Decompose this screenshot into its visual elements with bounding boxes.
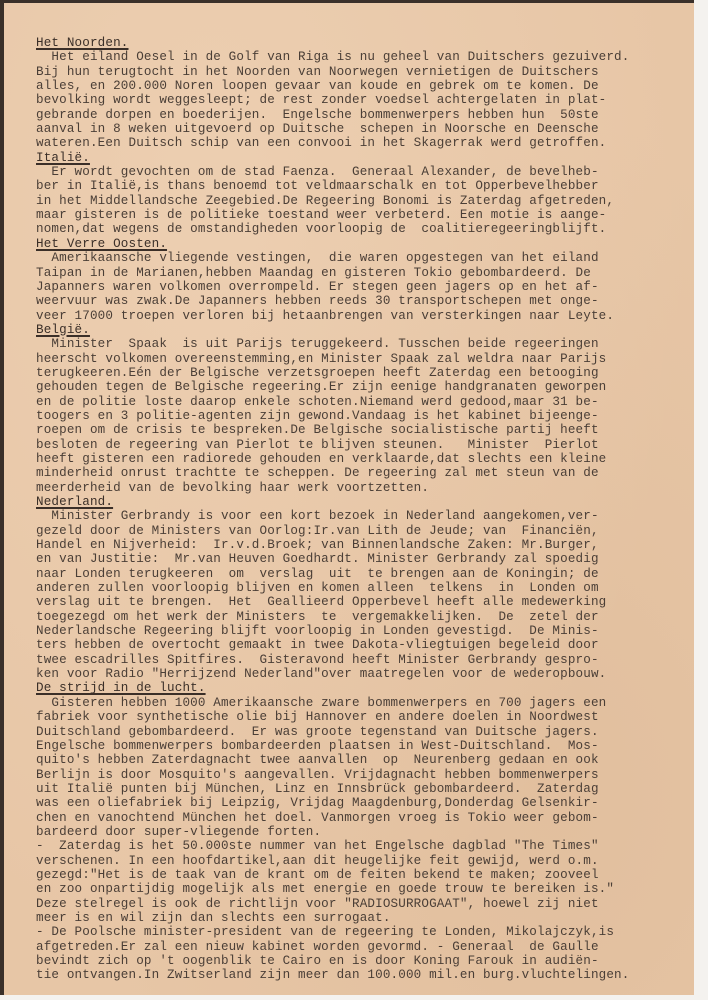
text-line: Gisteren hebben 1000 Amerikaansche zware… (36, 696, 676, 710)
document-body: Het Noorden. Het eiland Oesel in de Golf… (36, 36, 676, 983)
section-heading-text: Italië. (36, 151, 90, 165)
section-heading: Nederland. (36, 495, 676, 509)
section-heading: Het Verre Oosten. (36, 237, 676, 251)
text-line: meerderheid van de bevolking haar werk v… (36, 481, 676, 495)
text-line: quito's hebben Zaterdagnacht twee aanval… (36, 753, 676, 767)
text-line: bardeerd door super-vliegende forten. (36, 825, 676, 839)
text-line: twee escadrilles Spitfires. Gisteravond … (36, 653, 676, 667)
text-line: en van Justitie: Mr.van Heuven Goedhardt… (36, 552, 676, 566)
text-line: Het eiland Oesel in de Golf van Riga is … (36, 50, 676, 64)
text-line: wateren.Een Duitsch schip van een convoo… (36, 136, 676, 150)
section-heading-text: België. (36, 323, 90, 337)
section-heading: België. (36, 323, 676, 337)
text-line: Deze stelregel is ook de richtlijn voor … (36, 897, 676, 911)
text-line: minderheid onrust trachtte te scheppen. … (36, 466, 676, 480)
text-line: toegezegd om het werk der Ministers te v… (36, 610, 676, 624)
text-line: Amerikaansche vliegende vestingen, die w… (36, 251, 676, 265)
text-line: Japanners waren volkomen overrompeld. Er… (36, 280, 676, 294)
text-line: roepen om de crisis te bespreken.De Belg… (36, 423, 676, 437)
text-line: Berlijn is door Mosquito's aangevallen. … (36, 768, 676, 782)
news-section: België. Minister Spaak is uit Parijs ter… (36, 323, 676, 495)
section-heading: Italië. (36, 151, 676, 165)
text-line: toogers en 3 politie-agenten zijn gewond… (36, 409, 676, 423)
text-line: ters hebben de overtocht gemaakt in twee… (36, 638, 676, 652)
scan-margin-right (694, 0, 708, 1000)
text-line: gezeld door de Ministers van Oorlog:Ir.v… (36, 524, 676, 538)
text-line: Taipan in de Marianen,hebben Maandag en … (36, 266, 676, 280)
news-section: Italië. Er wordt gevochten om de stad Fa… (36, 151, 676, 237)
text-line: alles, en 200.000 Noren loopen gevaar va… (36, 79, 676, 93)
text-line: bevolking wordt weggesleept; de rest zon… (36, 93, 676, 107)
text-line: Minister Spaak is uit Parijs teruggekeer… (36, 337, 676, 351)
text-line: gezegd:"Het is de taak van de krant om d… (36, 868, 676, 882)
text-line: ber in Italië,is thans benoemd tot veldm… (36, 179, 676, 193)
text-line: Duitschland gebombardeerd. Er was groote… (36, 725, 676, 739)
text-line: Handel en Nijverheid: Ir.v.d.Broek; van … (36, 538, 676, 552)
section-heading-text: De strijd in de lucht. (36, 681, 206, 695)
text-line: uit Italië punten bij München, Linz en I… (36, 782, 676, 796)
text-line: afgetreden.Er zal een nieuw kabinet word… (36, 940, 676, 954)
section-heading-text: Nederland. (36, 495, 113, 509)
section-heading-text: Het Noorden. (36, 36, 129, 50)
text-line: - Zaterdag is het 50.000ste nummer van h… (36, 839, 676, 853)
news-section: De strijd in de lucht. Gisteren hebben 1… (36, 681, 676, 839)
text-line: Engelsche bommenwerpers bombardeerden pl… (36, 739, 676, 753)
news-section: - Zaterdag is het 50.000ste nummer van h… (36, 839, 676, 982)
news-section: Het Verre Oosten. Amerikaansche vliegend… (36, 237, 676, 323)
text-line: bevindt zich op 't oogenblik te Cairo en… (36, 954, 676, 968)
text-line: Nederlandsche Regeering blijft voorloopi… (36, 624, 676, 638)
text-line: terugkeeren.Eén der Belgische verzetsgro… (36, 366, 676, 380)
text-line: nomen,dat wegens de omstandigheden voorl… (36, 222, 676, 236)
text-line: en de politie loste daarop enkele schote… (36, 395, 676, 409)
text-line: anderen zullen voorloopig blijven en kom… (36, 581, 676, 595)
news-section: Nederland. Minister Gerbrandy is voor ee… (36, 495, 676, 681)
text-line: meer is en wil zijn dan slechts een surr… (36, 911, 676, 925)
text-line: Minister Gerbrandy is voor een kort bezo… (36, 509, 676, 523)
text-line: en zoo onpartijdig mogelijk als met ener… (36, 882, 676, 896)
text-line: heerscht volkomen overeenstemming,en Min… (36, 352, 676, 366)
text-line: aanval in 8 weken uitgevoerd op Duitsche… (36, 122, 676, 136)
text-line: in het Middellandsche Zeegebied.De Regee… (36, 194, 676, 208)
text-line: heeft gisteren een radiorede gehouden en… (36, 452, 676, 466)
text-line: tie ontvangen.In Zwitserland zijn meer d… (36, 968, 676, 982)
text-line: chen en vanochtend München het doel. Van… (36, 811, 676, 825)
text-line: naar Londen terugkeeren om verslag uit t… (36, 567, 676, 581)
section-heading-text: Het Verre Oosten. (36, 237, 167, 251)
news-section: Het Noorden. Het eiland Oesel in de Golf… (36, 36, 676, 151)
text-line: Bij hun terugtocht in het Noorden van No… (36, 65, 676, 79)
text-line: was een oliefabriek bij Leipzig, Vrijdag… (36, 796, 676, 810)
text-line: ken voor Radio "Herrijzend Nederland"ove… (36, 667, 676, 681)
section-heading: Het Noorden. (36, 36, 676, 50)
text-line: fabriek voor synthetische olie bij Hanno… (36, 710, 676, 724)
scan-margin-bottom (0, 995, 708, 1000)
text-line: gehouden tegen de Belgische regeering.Er… (36, 380, 676, 394)
text-line: besloten de regeering van Pierlot te bli… (36, 438, 676, 452)
text-line: maar gisteren is de politieke toestand w… (36, 208, 676, 222)
text-line: gebrande dorpen en boederijen. Engelsche… (36, 108, 676, 122)
section-heading: De strijd in de lucht. (36, 681, 676, 695)
text-line: Er wordt gevochten om de stad Faenza. Ge… (36, 165, 676, 179)
text-line: verslag uit te brengen. Het Geallieerd O… (36, 595, 676, 609)
text-line: veer 17000 troepen verloren bij hetaanbr… (36, 309, 676, 323)
text-line: weervuur was zwak.De Japanners hebben re… (36, 294, 676, 308)
text-line: - De Poolsche minister-president van de … (36, 925, 676, 939)
text-line: verschenen. In een hoofdartikel,aan dit … (36, 854, 676, 868)
